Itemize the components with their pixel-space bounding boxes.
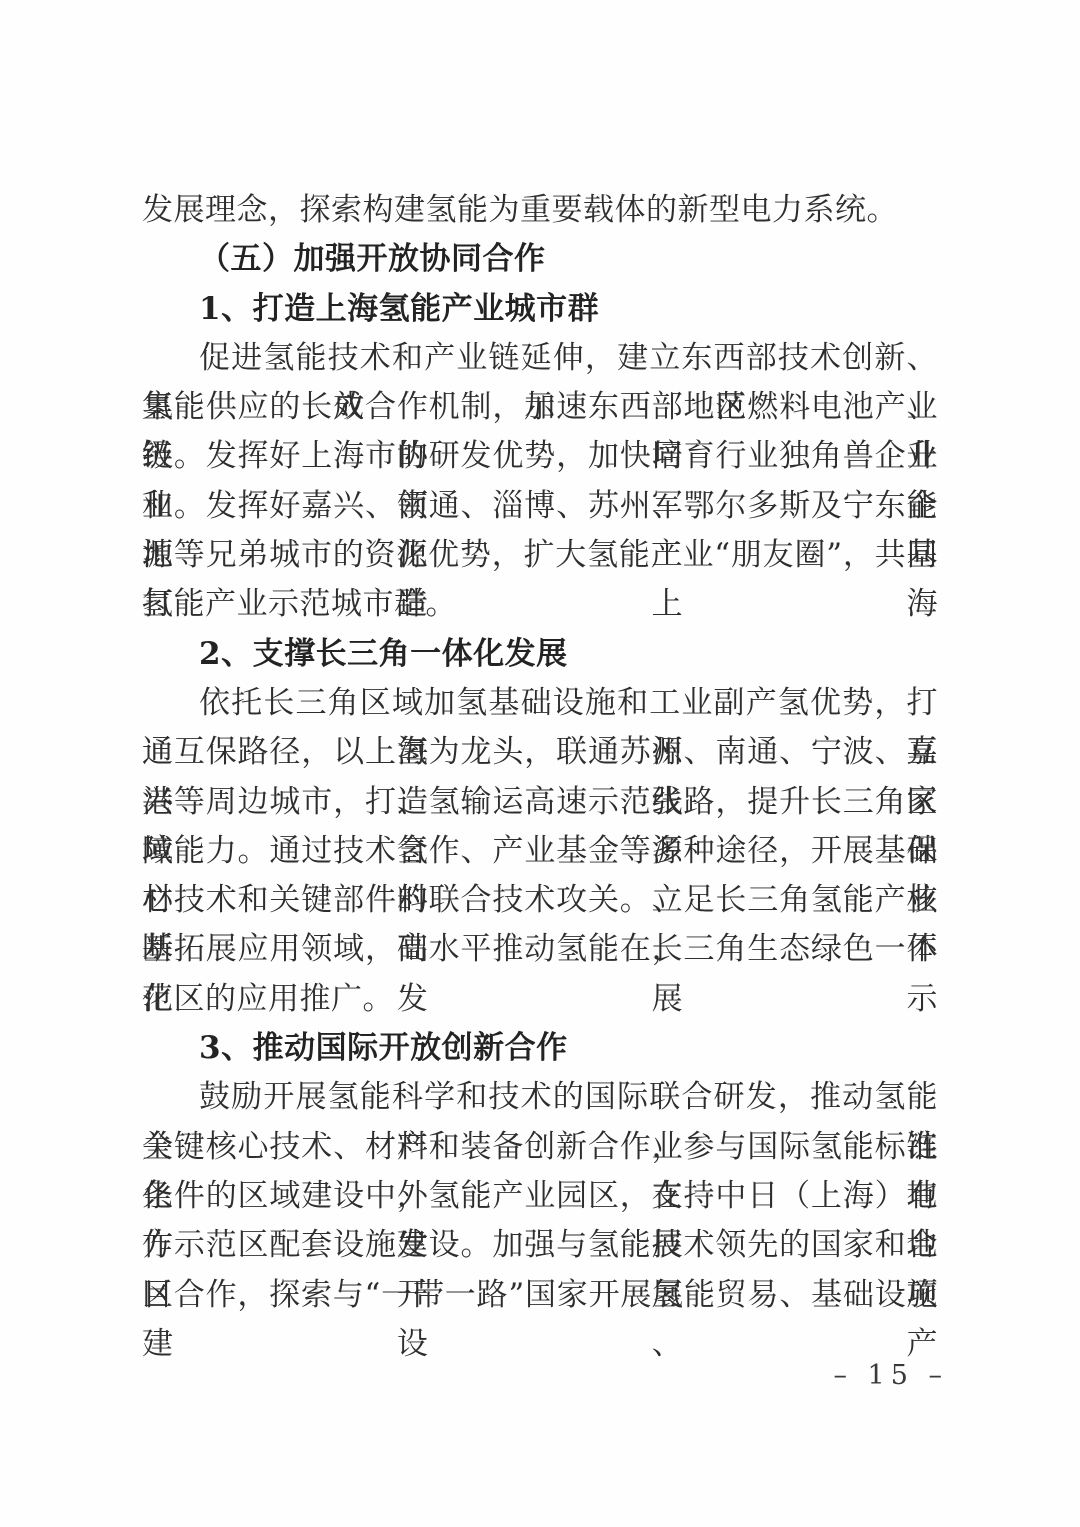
body-line: 业。发挥好嘉兴、南通、淄博、苏州、鄂尔多斯及宁东能源化工基 [142,482,938,531]
body-line: 促进氢能技术和产业链延伸，建立东西部技术创新、集成示范、 [142,334,938,383]
document-page: 发展理念，探索构建氢能为重要载体的新型电力系统。 （五）加强开放协同合作 1、打… [0,0,1080,1527]
section-heading-5: （五）加强开放协同合作 [142,235,938,284]
subsection-heading-2: 2、支撑长三角一体化发展 [142,630,938,679]
body-line: 障能力。通过技术合作、产业基金等多种途径，开展基础材料、核 [142,827,938,876]
body-line: 发展理念，探索构建氢能为重要载体的新型电力系统。 [142,186,938,235]
subsection-heading-3: 3、推动国际开放创新合作 [142,1024,938,1073]
body-line: 条件的区域建设中外氢能产业园区，支持中日（上海）地方发展合 [142,1172,938,1221]
body-line: 关键核心技术、材料和装备创新合作，参与国际氢能标准化，在有 [142,1123,938,1172]
body-line: 通互保路径，以上海为龙头，联通苏州、南通、宁波、嘉兴、张家 [142,728,938,777]
subsection-heading-1: 1、打造上海氢能产业城市群 [142,285,938,334]
body-line: 依托长三角区域加氢基础设施和工业副产氢优势，打通氢源互 [142,679,938,728]
body-line: 心技术和关键部件的联合技术攻关。立足长三角氢能产业基础，不 [142,876,938,925]
document-body: 发展理念，探索构建氢能为重要载体的新型电力系统。 （五）加强开放协同合作 1、打… [142,186,938,1320]
body-line: 氢能供应的长效合作机制，加速东西部地区燃料电池产业链协同升 [142,383,938,432]
body-line: 鼓励开展氢能科学和技术的国际联合研发，推动氢能全产业链 [142,1073,938,1122]
body-line: 目合作，探索与“一带一路”国家开展氢能贸易、基础设施建设、产 [142,1271,938,1320]
body-line: 断拓展应用领域，高水平推动氢能在长三角生态绿色一体化发展示 [142,925,938,974]
body-line: 地等兄弟城市的资源优势，扩大氢能产业“朋友圈”，共同打造上海 [142,531,938,580]
body-line: 作示范区配套设施建设。加强与氢能技术领先的国家和地区开展项 [142,1221,938,1270]
body-line: 级。发挥好上海市的研发优势，加快培育行业独角兽企业和领军企 [142,432,938,481]
page-number: – 15 – [0,1360,948,1391]
body-line: 港等周边城市，打造氢输运高速示范线路，提升长三角区域氢源保 [142,778,938,827]
